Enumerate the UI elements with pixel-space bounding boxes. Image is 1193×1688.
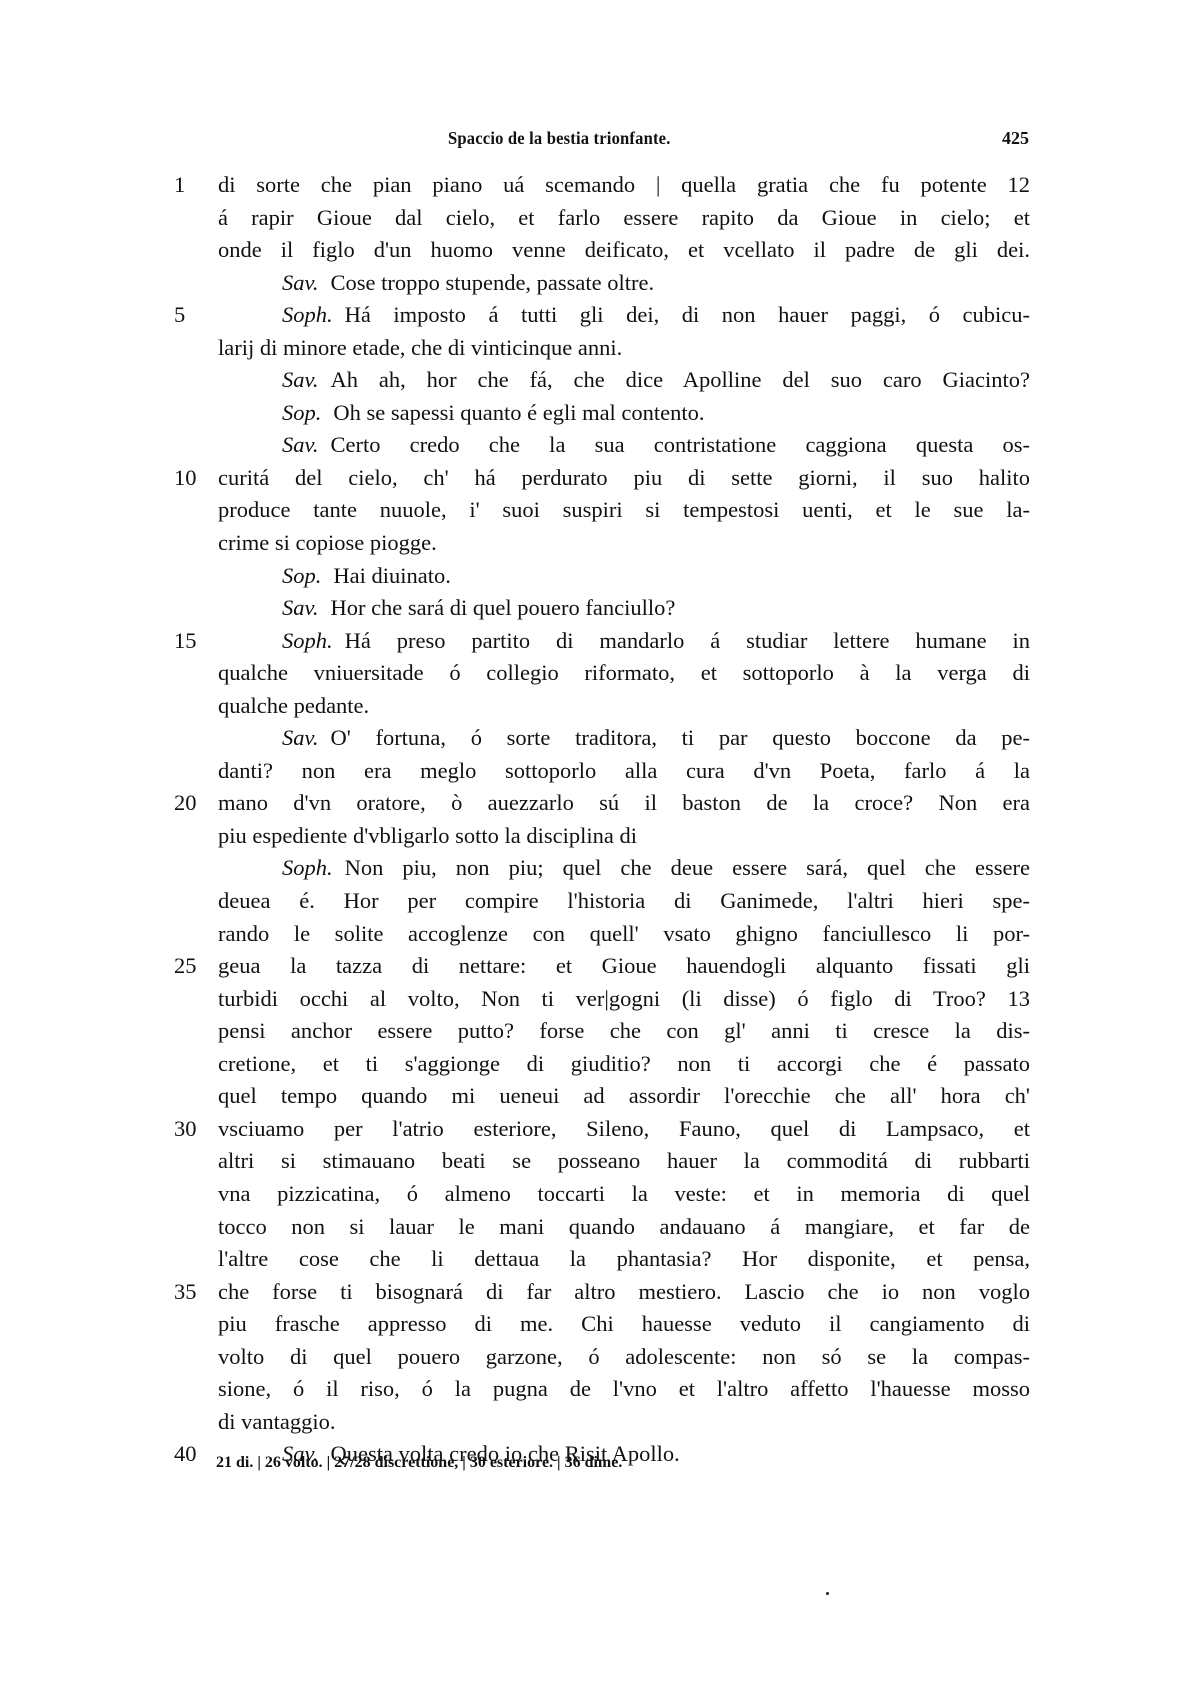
line-text: Sop.Hai diuinato. [282,560,1030,593]
line-text: danti? non era meglo sottoporlo alla cur… [218,755,1030,788]
line-text: tocco non si lauar le mani quando andaua… [218,1211,1030,1244]
text-line: produce tante nuuole, i' suoi suspiri si… [0,494,1193,527]
line-text: Sav.O' fortuna, ó sorte traditora, ti pa… [282,722,1030,755]
line-text: á rapir Gioue dal cielo, et farlo essere… [218,202,1030,235]
line-content: geua la tazza di nettare: et Gioue hauen… [218,953,1030,978]
line-number: 1 [174,169,204,202]
text-line: Sop.Hai diuinato. [0,560,1193,593]
text-line: rando le solite accoglenze con quell' vs… [0,918,1193,951]
line-text: geua la tazza di nettare: et Gioue hauen… [218,950,1030,983]
text-line: turbidi occhi al volto, Non ti ver|gogni… [0,983,1193,1016]
text-line: cretione, et ti s'aggionge di giuditio? … [0,1048,1193,1081]
line-text: Soph.Há preso partito di mandarlo á stud… [282,625,1030,658]
line-content: quel tempo quando mi ueneui ad assordir … [218,1083,1030,1108]
text-line: 1di sorte che pian piano uá scemando | q… [0,169,1193,202]
line-content: curitá del cielo, ch' há perdurato piu d… [218,465,1030,490]
text-line: quel tempo quando mi ueneui ad assordir … [0,1080,1193,1113]
text-line: volto di quel pouero garzone, ó adolesce… [0,1341,1193,1374]
text-line: pensi anchor essere putto? forse che con… [0,1015,1193,1048]
line-number: 40 [174,1438,204,1471]
text-line: qualche pedante. [0,690,1193,723]
line-text: larij di minore etade, che di vinticinqu… [218,332,1030,365]
speaker-label: Sav. [282,595,318,620]
line-content: turbidi occhi al volto, Non ti ver|gogni… [218,986,1030,1011]
critical-apparatus-footnotes: 21 di. | 26 volto. | 27/28 discrettione,… [216,1454,622,1472]
line-text: Sav.Hor che sará di quel pouero fanciull… [282,592,1030,625]
line-content: che forse ti bisognará di far altro mest… [218,1279,1030,1304]
line-text: curitá del cielo, ch' há perdurato piu d… [218,462,1030,495]
text-line: á rapir Gioue dal cielo, et farlo essere… [0,202,1193,235]
page-number: 425 [1002,128,1029,149]
text-line: piu frasche appresso di me. Chi hauesse … [0,1308,1193,1341]
text-line: 20mano d'vn oratore, ò auezzarlo sú il b… [0,787,1193,820]
text-line: sione, ó il riso, ó la pugna de l'vno et… [0,1373,1193,1406]
line-text: volto di quel pouero garzone, ó adolesce… [218,1341,1030,1374]
line-content: danti? non era meglo sottoporlo alla cur… [218,758,1030,783]
line-text: di vantaggio. [218,1406,1030,1439]
line-text: Soph.Non piu, non piu; quel che deue ess… [282,852,1030,885]
line-text: Soph.Há imposto á tutti gli dei, di non … [282,299,1030,332]
text-line: tocco non si lauar le mani quando andaua… [0,1211,1193,1244]
line-content: qualche pedante. [218,693,369,718]
line-text: Sav.Ah ah, hor che fá, che dice Apolline… [282,364,1030,397]
line-content: Certo credo che la sua contristatione ca… [330,432,1030,457]
scan-speck [826,1592,829,1595]
text-line: 30vsciuamo per l'atrio esteriore, Sileno… [0,1113,1193,1146]
line-content: Cose troppo stupende, passate oltre. [330,270,654,295]
line-text: qualche vniuersitade ó collegio riformat… [218,657,1030,690]
line-number: 10 [174,462,204,495]
line-number: 5 [174,299,204,332]
line-content: l'altre cose che li dettaua la phantasia… [218,1246,1030,1271]
line-content: Oh se sapessi quanto é egli mal contento… [333,400,704,425]
speaker-label: Sav. [282,725,318,750]
line-content: altri si stimauano beati se posseano hau… [218,1148,1030,1173]
body-text: 1di sorte che pian piano uá scemando | q… [0,169,1193,1471]
speaker-label: Sav. [282,270,318,295]
line-number: 35 [174,1276,204,1309]
text-line: 15Soph.Há preso partito di mandarlo á st… [0,625,1193,658]
line-text: crime si copiose piogge. [218,527,1030,560]
line-content: Hor che sará di quel pouero fanciullo? [330,595,675,620]
line-content: di vantaggio. [218,1409,335,1434]
line-text: piu frasche appresso di me. Chi hauesse … [218,1308,1030,1341]
line-text: di sorte che pian piano uá scemando | qu… [218,169,1030,202]
line-text: piu espediente d'vbligarlo sotto la disc… [218,820,1030,853]
line-text: deuea é. Hor per compire l'historia di G… [218,885,1030,918]
line-content: mano d'vn oratore, ò auezzarlo sú il bas… [218,790,1030,815]
line-text: quel tempo quando mi ueneui ad assordir … [218,1080,1030,1113]
line-text: onde il figlo d'un huomo venne deificato… [218,234,1030,267]
line-text: turbidi occhi al volto, Non ti ver|gogni… [218,983,1030,1016]
line-content: cretione, et ti s'aggionge di giuditio? … [218,1051,1030,1076]
line-content: tocco non si lauar le mani quando andaua… [218,1214,1030,1239]
line-content: Há imposto á tutti gli dei, di non hauer… [345,302,1030,327]
text-line: Sav.Hor che sará di quel pouero fanciull… [0,592,1193,625]
text-line: di vantaggio. [0,1406,1193,1439]
text-line: 5Soph.Há imposto á tutti gli dei, di non… [0,299,1193,332]
line-content: á rapir Gioue dal cielo, et farlo essere… [218,205,1030,230]
line-text: che forse ti bisognará di far altro mest… [218,1276,1030,1309]
line-text: l'altre cose che li dettaua la phantasia… [218,1243,1030,1276]
speaker-label: Soph. [282,302,333,327]
speaker-label: Sop. [282,400,321,425]
speaker-label: Sav. [282,432,318,457]
line-content: produce tante nuuole, i' suoi suspiri si… [218,497,1030,522]
text-line: 25geua la tazza di nettare: et Gioue hau… [0,950,1193,983]
line-text: Sav.Cose troppo stupende, passate oltre. [282,267,1030,300]
line-number: 15 [174,625,204,658]
text-line: crime si copiose piogge. [0,527,1193,560]
line-content: piu frasche appresso di me. Chi hauesse … [218,1311,1030,1336]
line-text: Sop.Oh se sapessi quanto é egli mal cont… [282,397,1030,430]
line-number: 25 [174,950,204,983]
text-line: danti? non era meglo sottoporlo alla cur… [0,755,1193,788]
text-line: qualche vniuersitade ó collegio riformat… [0,657,1193,690]
text-line: vna pizzicatina, ó almeno toccarti la ve… [0,1178,1193,1211]
line-text: produce tante nuuole, i' suoi suspiri si… [218,494,1030,527]
line-content: piu espediente d'vbligarlo sotto la disc… [218,823,637,848]
line-content: vna pizzicatina, ó almeno toccarti la ve… [218,1181,1030,1206]
line-number: 30 [174,1113,204,1146]
line-text: cretione, et ti s'aggionge di giuditio? … [218,1048,1030,1081]
text-line: 10curitá del cielo, ch' há perdurato piu… [0,462,1193,495]
line-text: rando le solite accoglenze con quell' vs… [218,918,1030,951]
line-text: sione, ó il riso, ó la pugna de l'vno et… [218,1373,1030,1406]
line-content: larij di minore etade, che di vinticinqu… [218,335,622,360]
text-line: piu espediente d'vbligarlo sotto la disc… [0,820,1193,853]
text-line: Sav.Cose troppo stupende, passate oltre. [0,267,1193,300]
line-content: O' fortuna, ó sorte traditora, ti par qu… [330,725,1030,750]
line-text: Sav.Certo credo che la sua contristation… [282,429,1030,462]
text-line: l'altre cose che li dettaua la phantasia… [0,1243,1193,1276]
text-line: deuea é. Hor per compire l'historia di G… [0,885,1193,918]
line-content: rando le solite accoglenze con quell' vs… [218,921,1030,946]
text-line: Soph.Non piu, non piu; quel che deue ess… [0,852,1193,885]
line-content: Non piu, non piu; quel che deue essere s… [345,855,1030,880]
line-content: volto di quel pouero garzone, ó adolesce… [218,1344,1030,1369]
line-text: pensi anchor essere putto? forse che con… [218,1015,1030,1048]
text-line: Sav.O' fortuna, ó sorte traditora, ti pa… [0,722,1193,755]
line-content: deuea é. Hor per compire l'historia di G… [218,888,1030,913]
line-text: mano d'vn oratore, ò auezzarlo sú il bas… [218,787,1030,820]
text-line: onde il figlo d'un huomo venne deificato… [0,234,1193,267]
line-text: qualche pedante. [218,690,1030,723]
line-content: onde il figlo d'un huomo venne deificato… [218,237,1030,262]
text-line: 35che forse ti bisognará di far altro me… [0,1276,1193,1309]
speaker-label: Sop. [282,563,321,588]
text-line: Sav.Certo credo che la sua contristation… [0,429,1193,462]
line-content: crime si copiose piogge. [218,530,437,555]
line-text: vna pizzicatina, ó almeno toccarti la ve… [218,1178,1030,1211]
text-line: Sop.Oh se sapessi quanto é egli mal cont… [0,397,1193,430]
text-line: Sav.Ah ah, hor che fá, che dice Apolline… [0,364,1193,397]
line-content: vsciuamo per l'atrio esteriore, Sileno, … [218,1116,1030,1141]
line-content: pensi anchor essere putto? forse che con… [218,1018,1030,1043]
line-content: di sorte che pian piano uá scemando | qu… [218,172,1030,197]
running-header: Spaccio de la bestia trionfante. 425 [0,128,1193,158]
line-content: Há preso partito di mandarlo á studiar l… [345,628,1030,653]
text-line: larij di minore etade, che di vinticinqu… [0,332,1193,365]
line-text: vsciuamo per l'atrio esteriore, Sileno, … [218,1113,1030,1146]
running-title: Spaccio de la bestia trionfante. [448,128,671,149]
text-line: altri si stimauano beati se posseano hau… [0,1145,1193,1178]
speaker-label: Soph. [282,628,333,653]
line-number: 20 [174,787,204,820]
speaker-label: Soph. [282,855,333,880]
line-content: qualche vniuersitade ó collegio riformat… [218,660,1030,685]
line-content: Ah ah, hor che fá, che dice Apolline del… [330,367,1030,392]
line-content: sione, ó il riso, ó la pugna de l'vno et… [218,1376,1030,1401]
speaker-label: Sav. [282,367,318,392]
line-content: Hai diuinato. [333,563,450,588]
line-text: altri si stimauano beati se posseano hau… [218,1145,1030,1178]
